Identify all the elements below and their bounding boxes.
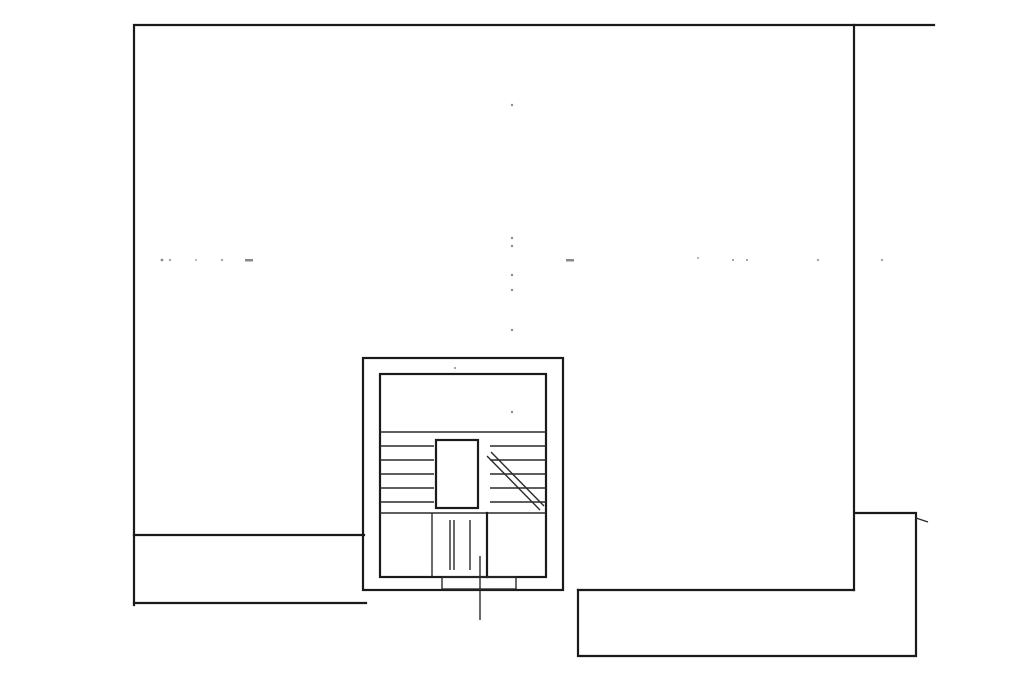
elevator-shaft bbox=[432, 440, 516, 620]
floor-plan-drawing bbox=[0, 0, 1024, 682]
axis-marks bbox=[161, 104, 883, 413]
left-annex bbox=[134, 535, 366, 603]
right-lower-annex bbox=[578, 513, 928, 656]
outer-wall bbox=[134, 25, 934, 605]
stair-treads bbox=[380, 446, 546, 510]
